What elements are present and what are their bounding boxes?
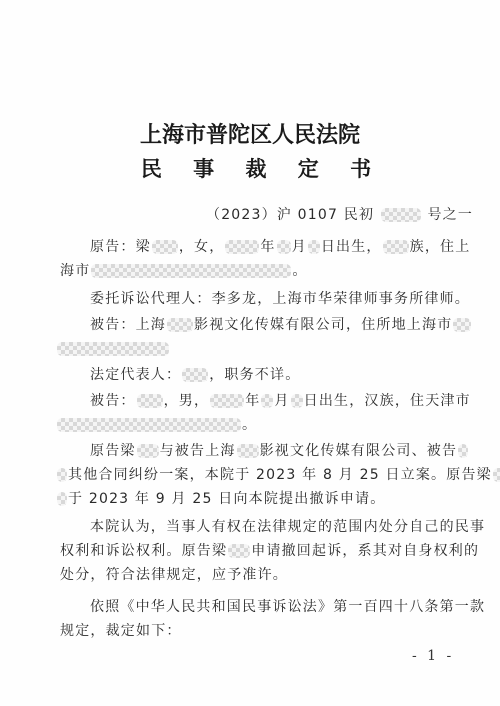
redacted-plaintiff-name [137, 444, 159, 458]
plaintiff-gender: ，女， [179, 239, 225, 255]
period: 。 [292, 263, 307, 279]
redacted-plaintiff-name [152, 240, 178, 254]
document-page: 上海市普陀区人民法院 民 事 裁 定 书 （2023）沪 0107 民初 号之一… [0, 0, 500, 706]
redacted-birth-day [291, 394, 303, 408]
defendant-residence: 日出生，汉族，住天津市 [304, 393, 471, 409]
reasoning-line-1: 本院认为，当事人有权在法律规定的范围内处分自己的民事 [90, 518, 485, 536]
redacted-birth-day [308, 240, 320, 254]
birth-label: 日出生， [321, 239, 382, 255]
defendant-label: 被告：上海 [90, 317, 166, 333]
redacted-case-number [381, 208, 421, 222]
redacted-defendant-name [57, 468, 67, 482]
text-segment: 与被告上海 [160, 443, 236, 459]
page-number: - 1 - [412, 648, 454, 664]
defendant-company-line-1: 被告：上海影视文化传媒有限公司，住所地上海市 [90, 316, 472, 334]
case-number-prefix: （2023）沪 0107 民初 [206, 207, 374, 223]
legal-rep-label: 法定代表人： [90, 367, 181, 383]
agent-info: 委托诉讼代理人：李多龙，上海市华荣律师事务所律师。 [90, 290, 470, 308]
text-segment: 影视文化传媒有限公司、被告 [260, 443, 458, 459]
defendant-person-line-1: 被告：，男，年月日出生，汉族，住天津市 [90, 392, 471, 410]
text-segment: 申请撤回起诉，系其对自身权利的 [251, 543, 479, 559]
legal-basis-line-2: 规定，裁定如下： [60, 622, 182, 640]
period: 。 [242, 417, 257, 433]
defendant-person-line-2: 。 [56, 416, 257, 434]
year-label: 年 [260, 239, 275, 255]
defendant-company-line-2 [56, 340, 170, 358]
redacted-defendant-name [458, 444, 468, 458]
text-segment: 权利和诉讼权利。原告梁 [60, 543, 227, 559]
plaintiff-info-line-1: 原告：梁，女，年月日出生，族，住上 [90, 238, 470, 256]
redacted-defendant-name [137, 394, 163, 408]
month-label: 月 [292, 239, 307, 255]
defendant-label: 被告： [90, 393, 136, 409]
redacted-plaintiff-address [91, 264, 291, 278]
redacted-ethnicity [383, 240, 409, 254]
document-type-heading: 民 事 裁 定 书 [0, 153, 500, 183]
redacted-birth-year [225, 240, 259, 254]
reasoning-line-2: 权利和诉讼权利。原告梁申请撤回起诉，系其对自身权利的 [60, 542, 479, 560]
month-label: 月 [274, 393, 289, 409]
legal-basis-line-1: 依照《中华人民共和国民事诉讼法》第一百四十八条第一款 [90, 598, 485, 616]
case-number-suffix: 号之一 [427, 207, 473, 223]
redacted-birth-month [277, 240, 291, 254]
text-segment: 其他合同纠纷一案，本院于 2023 年 8 月 25 日立案。原告梁 [68, 467, 492, 483]
court-name-heading: 上海市普陀区人民法院 [0, 118, 500, 149]
text-segment: 于 2023 年 9 月 25 日向本院提出撤诉申请。 [68, 491, 385, 507]
redacted-company-name [167, 318, 193, 332]
redacted-company-address [57, 342, 169, 356]
case-paragraph-line-3: 于 2023 年 9 月 25 日向本院提出撤诉申请。 [56, 490, 385, 508]
case-paragraph-line-2: 其他合同纠纷一案，本院于 2023 年 8 月 25 日立案。原告梁 [56, 466, 500, 484]
redacted-birth-month [261, 394, 273, 408]
redacted-plaintiff-name [57, 492, 67, 506]
redacted-birth-year [210, 394, 244, 408]
redacted-plaintiff-name [493, 468, 500, 482]
redacted-plaintiff-name [228, 544, 250, 558]
redacted-company-name [237, 444, 259, 458]
plaintiff-label: 原告：梁 [90, 239, 151, 255]
text-segment: 原告梁 [90, 443, 136, 459]
residence-label: 族，住上 [410, 239, 471, 255]
plaintiff-info-line-2: 海市。 [60, 262, 308, 280]
legal-rep-position: ，职务不详。 [209, 367, 300, 383]
case-number: （2023）沪 0107 民初 号之一 [206, 206, 473, 224]
case-paragraph-line-1: 原告梁与被告上海影视文化传媒有限公司、被告 [90, 442, 469, 460]
year-label: 年 [245, 393, 260, 409]
legal-representative: 法定代表人：，职务不详。 [90, 366, 300, 384]
defendant-gender: ，男， [164, 393, 210, 409]
redacted-company-address-start [453, 318, 471, 332]
address-prefix: 海市 [60, 263, 90, 279]
redacted-defendant-address [57, 418, 241, 432]
company-address-label: 影视文化传媒有限公司，住所地上海市 [194, 317, 452, 333]
reasoning-line-3: 处分，符合法律规定，应予准许。 [60, 566, 288, 584]
redacted-legal-rep-name [182, 368, 208, 382]
